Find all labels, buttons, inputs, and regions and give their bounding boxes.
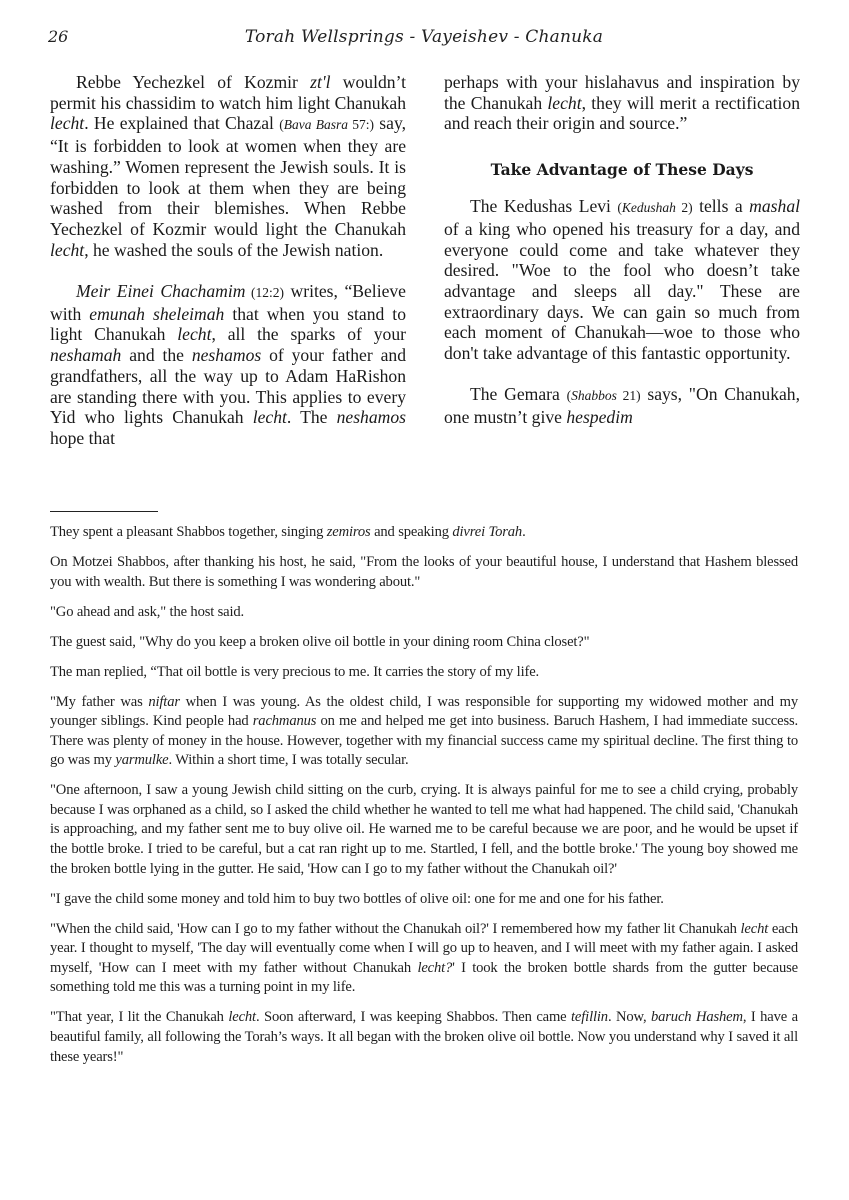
text-run: "When the child said, 'How can I go to m… [50, 921, 741, 937]
footnote-paragraph: On Motzei Shabbos, after thanking his ho… [50, 553, 798, 592]
text-run: "My father was [50, 694, 148, 710]
italic-term: divrei Torah [452, 524, 522, 540]
footnote-paragraph: "That year, I lit the Chanukah lecht. So… [50, 1008, 798, 1067]
italic-term: Meir Einei Chachamim [76, 281, 245, 301]
source-citation-title: Kedushah [622, 200, 676, 215]
book-page: 26 Torah Wellsprings - Vayeishev - Chanu… [0, 0, 849, 1200]
italic-term: baruch Hashem [651, 1009, 743, 1025]
italic-term: lecht [547, 93, 581, 113]
text-run: The man replied, “That oil bottle is ver… [50, 664, 539, 680]
italic-term: hespedim [566, 407, 632, 427]
footnote-block: They spent a pleasant Shabbos together, … [50, 523, 798, 1078]
text-run: The Gemara [470, 384, 567, 404]
italic-term: niftar [148, 694, 180, 710]
text-run: They spent a pleasant Shabbos together, … [50, 524, 327, 540]
italic-term: lecht [228, 1009, 256, 1025]
text-run: . He explained that Chazal [84, 113, 279, 133]
italic-term: neshamos [192, 345, 261, 365]
footnote-paragraph: "When the child said, 'How can I go to m… [50, 920, 798, 998]
text-run: The Kedushas Levi [470, 196, 617, 216]
body-paragraph: The Gemara (Shabbos 21) says, "On Chanuk… [444, 384, 800, 427]
text-run: The guest said, "Why do you keep a broke… [50, 634, 589, 650]
body-paragraph: Rebbe Yechezkel of Kozmir zt'l wouldn’t … [50, 72, 406, 260]
body-paragraph-continuation: perhaps with your hislahavus and inspira… [444, 72, 800, 134]
source-citation: 2) [676, 200, 693, 215]
footnote-paragraph: "One afternoon, I saw a young Jewish chi… [50, 781, 798, 879]
text-run: of a king who opened his treasury for a … [444, 219, 800, 363]
italic-term: emunah sheleimah [89, 304, 224, 324]
italic-term: lecht [741, 921, 769, 937]
text-run: . The [287, 407, 337, 427]
text-run: . Now, [608, 1009, 651, 1025]
footnote-paragraph: "My father was niftar when I was young. … [50, 693, 798, 771]
text-run: . Within a short time, I was totally sec… [169, 752, 409, 768]
footnote-separator [50, 511, 158, 512]
italic-term: zemiros [327, 524, 371, 540]
running-title: Torah Wellsprings - Vayeishev - Chanuka [48, 27, 800, 47]
italic-term: lecht [50, 240, 84, 260]
body-paragraph: Meir Einei Chachamim (12:2) writes, “Bel… [50, 281, 406, 449]
footnote-paragraph: The guest said, "Why do you keep a broke… [50, 633, 798, 653]
italic-term: yarmulke [115, 752, 168, 768]
source-citation-title: Bava Basra [284, 117, 348, 132]
footnote-paragraph: They spent a pleasant Shabbos together, … [50, 523, 798, 543]
text-run: On Motzei Shabbos, after thanking his ho… [50, 554, 798, 590]
left-column: Rebbe Yechezkel of Kozmir zt'l wouldn’t … [50, 72, 406, 449]
footnote-paragraph: "I gave the child some money and told hi… [50, 890, 798, 910]
italic-term: tefillin [571, 1009, 608, 1025]
source-citation: 57:) [348, 117, 374, 132]
section-heading: Take Advantage of These Days [444, 160, 800, 180]
text-run: "I gave the child some money and told hi… [50, 891, 664, 907]
italic-term: neshamah [50, 345, 121, 365]
text-run: , he washed the souls of the Jewish nati… [84, 240, 383, 260]
text-run: . Soon afterward, I was keeping Shabbos.… [256, 1009, 571, 1025]
text-run: Rebbe Yechezkel of Kozmir [76, 72, 310, 92]
italic-term: mashal [749, 196, 800, 216]
source-citation-title: Shabbos [571, 388, 617, 403]
right-column: perhaps with your hislahavus and inspira… [444, 72, 800, 428]
italic-term: neshamos [337, 407, 406, 427]
text-run: "That year, I lit the Chanukah [50, 1009, 228, 1025]
text-run: and the [121, 345, 191, 365]
text-run: . [522, 524, 526, 540]
running-header: 26 Torah Wellsprings - Vayeishev - Chanu… [48, 27, 800, 51]
text-run: "One afternoon, I saw a young Jewish chi… [50, 782, 798, 876]
italic-term: zt'l [310, 72, 330, 92]
text-run: hope that [50, 428, 115, 448]
text-run: "Go ahead and ask," the host said. [50, 604, 244, 620]
footnote-paragraph: The man replied, “That oil bottle is ver… [50, 663, 798, 683]
italic-term: rachmanus [253, 713, 317, 729]
source-citation: 21) [617, 388, 641, 403]
italic-term: lecht? [417, 960, 452, 976]
body-paragraph: The Kedushas Levi (Kedushah 2) tells a m… [444, 196, 800, 364]
source-citation: (12:2) [245, 285, 284, 300]
text-run: and speaking [371, 524, 453, 540]
footnote-paragraph: "Go ahead and ask," the host said. [50, 603, 798, 623]
italic-term: lecht [253, 407, 287, 427]
text-run: , all the sparks of your [211, 324, 406, 344]
italic-term: lecht [50, 113, 84, 133]
text-run: tells a [693, 196, 750, 216]
italic-term: lecht [177, 324, 211, 344]
